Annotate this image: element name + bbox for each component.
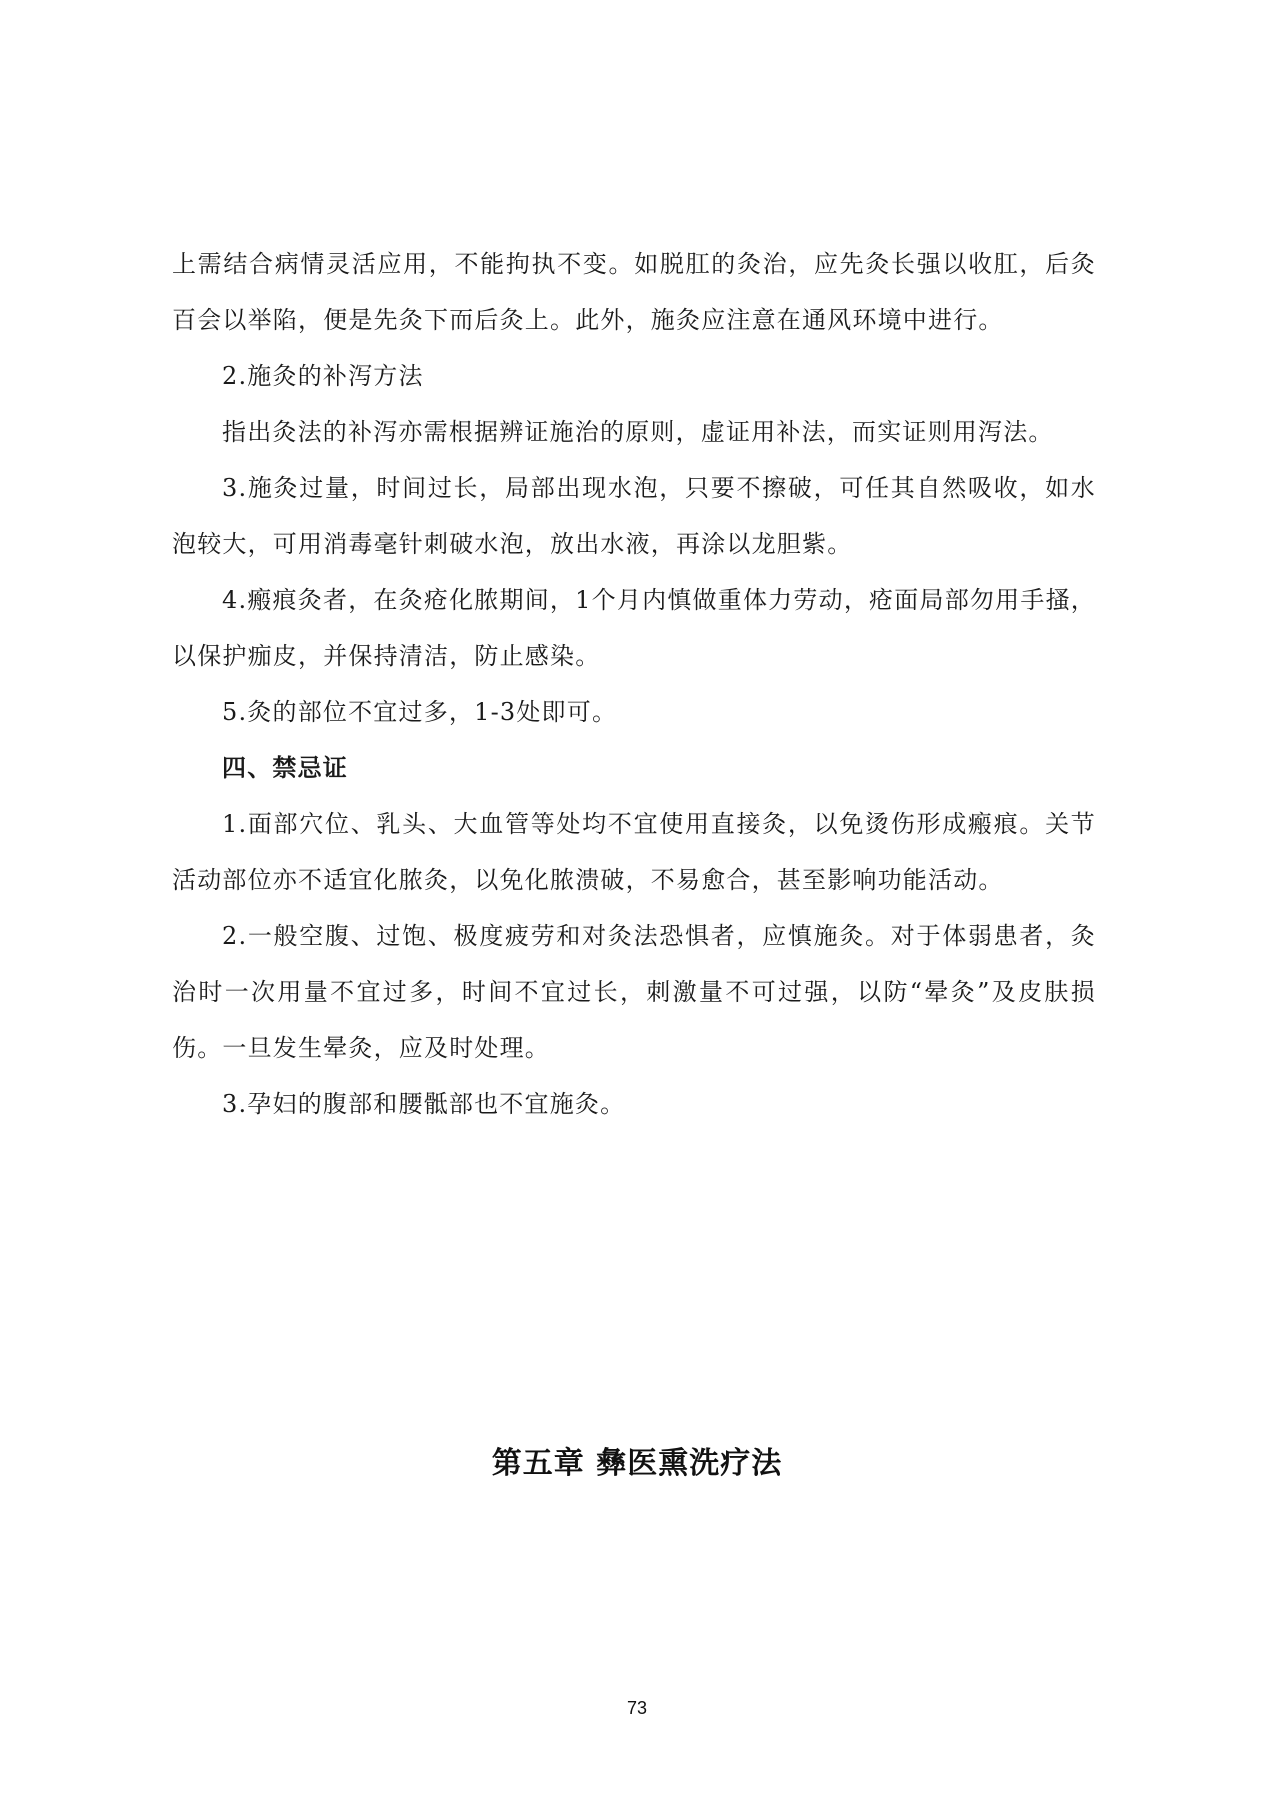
paragraph-item-5: 5.灸的部位不宜过多，1-3处即可。 (172, 684, 1096, 740)
page-number: 73 (0, 1698, 1274, 1719)
section-heading-contraindications: 四、禁忌证 (172, 740, 1096, 796)
contraindication-1: 1.面部穴位、乳头、大血管等处均不宜使用直接灸，以免烫伤形成瘢痕。关节活动部位亦… (172, 796, 1096, 908)
paragraph-item-3: 3.施灸过量，时间过长，局部出现水泡，只要不擦破，可任其自然吸收，如水泡较大，可… (172, 460, 1096, 572)
paragraph-tonify-reduce: 指出灸法的补泻亦需根据辨证施治的原则，虚证用补法，而实证则用泻法。 (172, 404, 1096, 460)
document-page: 上需结合病情灵活应用，不能拘执不变。如脱肛的灸治，应先灸长强以收肛，后灸百会以举… (0, 0, 1274, 1801)
contraindication-2: 2.一般空腹、过饱、极度疲劳和对灸法恐惧者，应慎施灸。对于体弱患者，灸治时一次用… (172, 908, 1096, 1076)
body-text: 上需结合病情灵活应用，不能拘执不变。如脱肛的灸治，应先灸长强以收肛，后灸百会以举… (172, 236, 1096, 1132)
chapter-title: 第五章 彝医熏洗疗法 (0, 1438, 1274, 1482)
paragraph-continuation: 上需结合病情灵活应用，不能拘执不变。如脱肛的灸治，应先灸长强以收肛，后灸百会以举… (172, 236, 1096, 348)
subheading-tonify-reduce: 2.施灸的补泻方法 (172, 348, 1096, 404)
paragraph-item-4: 4.瘢痕灸者，在灸疮化脓期间，1个月内慎做重体力劳动，疮面局部勿用手搔，以保护痂… (172, 572, 1096, 684)
contraindication-3: 3.孕妇的腹部和腰骶部也不宜施灸。 (172, 1076, 1096, 1132)
